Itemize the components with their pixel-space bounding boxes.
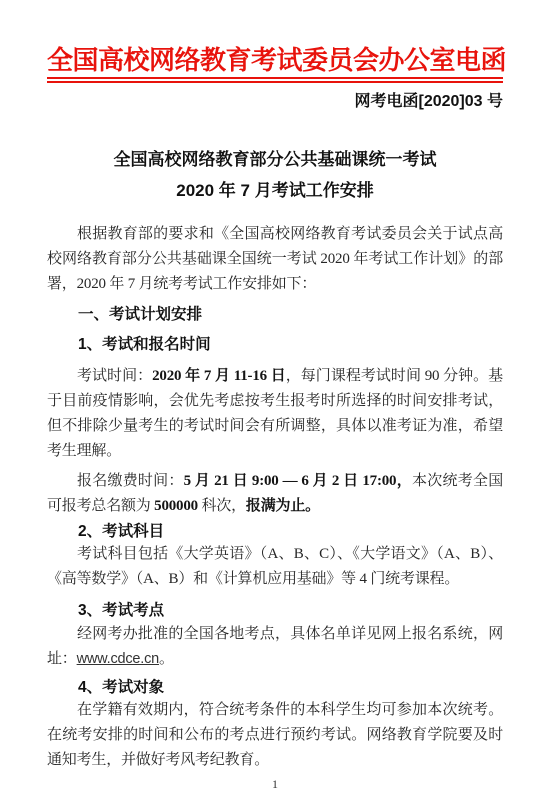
main-title-line2: 2020 年 7 月考试工作安排 [47,175,503,206]
heading-candidates: 4、考试对象 [47,677,503,698]
heading-subjects-text: 2、考试科目 [78,523,164,540]
para-registration: 报名缴费时间：5 月 21 日 9:00 — 6 月 2 日 17:00，本次统… [47,469,503,519]
main-title: 全国高校网络教育部分公共基础课统一考试 2020 年 7 月考试工作安排 [47,144,503,206]
para-sites: 经网考办批准的全国各地考点，具体名单详见网上报名系统，网址：www.cdce.c… [47,622,503,672]
para-registration-text: 500000 [154,498,198,514]
para-subjects: 考试科目包括《大学英语》（A、B、C）、《大学语文》（A、B）、《高等数学》（A… [47,542,503,592]
letterhead-divider [47,77,503,83]
para-exam-time: 考试时间：2020 年 7 月 11-16 日，每门课程考试时间 90 分钟。基… [47,364,503,464]
para-candidates-text: 在学籍有效期内，符合统考条件的本科学生均可参加本次统考。在统考安排的时间和公布的… [47,702,503,768]
document-page: 全国高校网络教育考试委员会办公室电函 网考电函[2020]03 号 全国高校网络… [0,0,550,794]
main-title-line1: 全国高校网络教育部分公共基础课统一考试 [47,144,503,175]
para-exam-time-text: 考试时间： [77,368,152,384]
para-registration-text: 报满为止。 [246,498,320,514]
page-number: 1 [47,777,503,791]
heading-candidates-text: 4、考试对象 [78,679,164,696]
letterhead-title: 全国高校网络教育考试委员会办公室电函 [47,45,503,75]
heading-subjects: 2、考试科目 [47,521,503,542]
para-exam-time-text: 2020 年 7 月 11-16 日 [152,368,286,384]
para-subjects-text: 考试科目包括《大学英语》（A、B、C）、《大学语文》（A、B）、《高等数学》（A… [47,546,503,587]
para-intro: 根据教育部的要求和《全国高校网络教育考试委员会关于试点高校网络教育部分公共基础课… [47,222,503,297]
heading-sites-text: 3、考试考点 [78,602,164,619]
heading-plan-text: 一、考试计划安排 [78,306,202,323]
para-intro-text: 根据教育部的要求和《全国高校网络教育考试委员会关于试点高校网络教育部分公共基础课… [47,226,503,292]
para-sites-text: 。 [159,651,174,667]
heading-sites: 3、考试考点 [47,600,503,621]
document-body: 根据教育部的要求和《全国高校网络教育考试委员会关于试点高校网络教育部分公共基础课… [47,222,503,773]
para-registration-text: 报名缴费时间： [77,473,184,489]
heading-plan: 一、考试计划安排 [47,304,503,325]
cdce-link[interactable]: www.cdce.cn [77,651,159,667]
para-registration-text: 5 月 21 日 9:00 — 6 月 2 日 17:00， [184,473,412,489]
heading-exam-time-text: 1、考试和报名时间 [78,336,211,353]
letterhead: 全国高校网络教育考试委员会办公室电函 网考电函[2020]03 号 [47,45,503,112]
para-registration-text: 科次， [198,498,246,514]
heading-exam-time: 1、考试和报名时间 [47,334,503,355]
document-number: 网考电函[2020]03 号 [47,92,503,112]
para-candidates: 在学籍有效期内，符合统考条件的本科学生均可参加本次统考。在统考安排的时间和公布的… [47,698,503,773]
